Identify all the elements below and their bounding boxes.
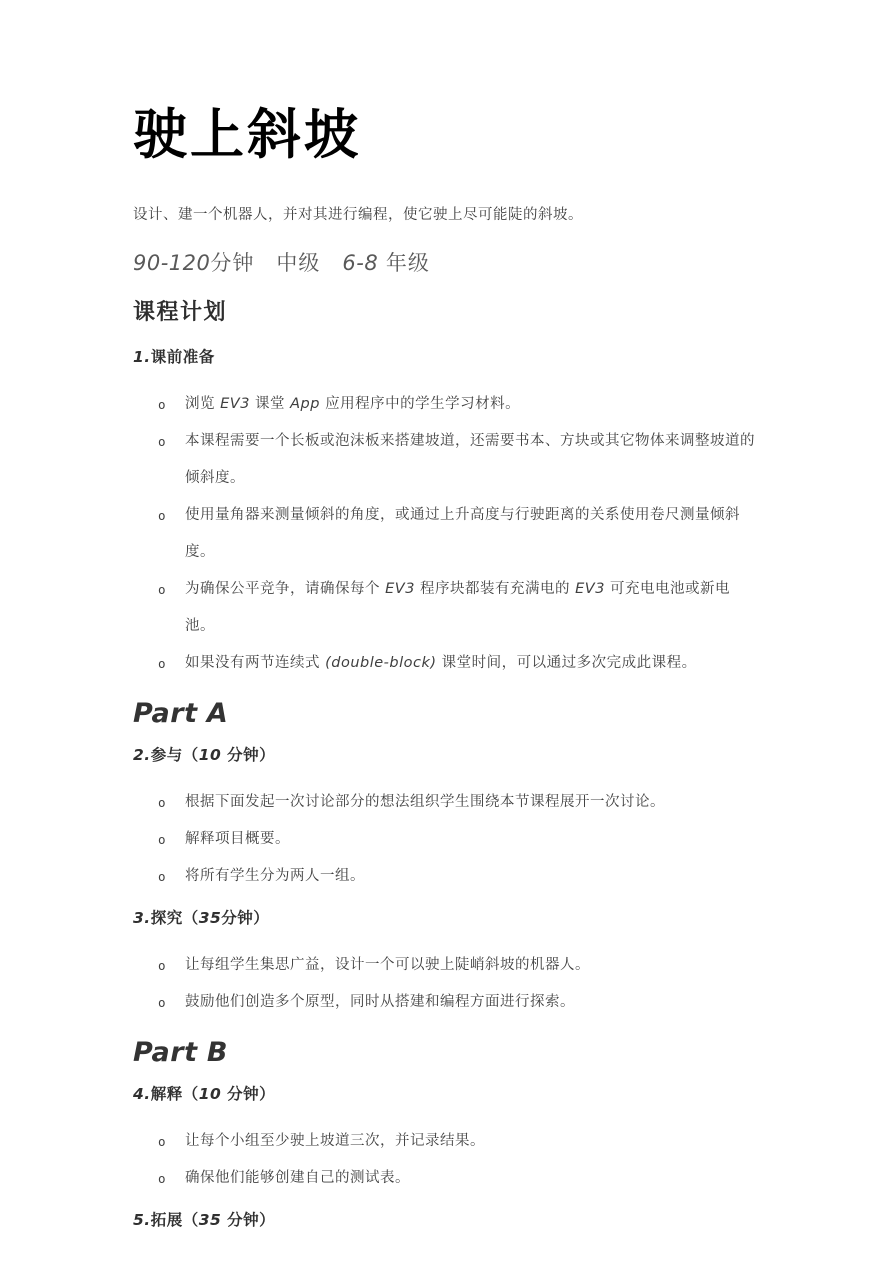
latin-text: 90-120 [133, 251, 210, 275]
section-heading: 5.拓展（35 分钟） [133, 1209, 759, 1231]
bullet-item: o浏览 EV3 课堂 App 应用程序中的学生学习材料。 [133, 386, 759, 423]
bullet-text: 为确保公平竞争，请确保每个 EV3 程序块都装有充满电的 EV3 可充电电池或新… [185, 581, 730, 634]
bullet-marker: o [158, 984, 166, 1021]
latin-text: 5. [133, 1211, 151, 1229]
bullet-marker: o [158, 423, 166, 460]
document-page: 驶上斜坡 设计、建一个机器人，并对其进行编程，使它驶上尽可能陡的斜坡。 90-1… [0, 0, 892, 1262]
bullet-item: o本课程需要一个长板或泡沫板来搭建坡道，还需要书本、方块或其它物体来调整坡道的倾… [133, 423, 759, 497]
latin-text: 35 [199, 909, 222, 927]
bullet-item: o让每组学生集思广益，设计一个可以驶上陡峭斜坡的机器人。 [133, 947, 759, 984]
bullet-item: o将所有学生分为两人一组。 [133, 858, 759, 895]
bullet-list: o根据下面发起一次讨论部分的想法组织学生围绕本节课程展开一次讨论。o解释项目概要… [133, 784, 759, 895]
bullet-list: o浏览 EV3 课堂 App 应用程序中的学生学习材料。o本课程需要一个长板或泡… [133, 386, 759, 682]
bullet-item: o解释项目概要。 [133, 821, 759, 858]
bullet-text: 让每组学生集思广益，设计一个可以驶上陡峭斜坡的机器人。 [185, 957, 590, 973]
sections-container: 1.课前准备o浏览 EV3 课堂 App 应用程序中的学生学习材料。o本课程需要… [133, 346, 759, 1231]
bullet-text: 让每个小组至少驶上坡道三次，并记录结果。 [185, 1133, 485, 1149]
bullet-marker: o [158, 784, 166, 821]
bullet-text: 鼓励他们创造多个原型，同时从搭建和编程方面进行探索。 [185, 994, 575, 1010]
bullet-text: 根据下面发起一次讨论部分的想法组织学生围绕本节课程展开一次讨论。 [185, 794, 665, 810]
bullet-item: o确保他们能够创建自己的测试表。 [133, 1160, 759, 1197]
bullet-item: o鼓励他们创造多个原型，同时从搭建和编程方面进行探索。 [133, 984, 759, 1021]
latin-text: 4. [133, 1085, 151, 1103]
bullet-item: o让每个小组至少驶上坡道三次，并记录结果。 [133, 1123, 759, 1160]
latin-text: App [290, 396, 320, 412]
section-heading: 1.课前准备 [133, 346, 759, 368]
bullet-marker: o [158, 858, 166, 895]
part-heading: Part B [133, 1035, 759, 1071]
bullet-text: 如果没有两节连续式 (double-block) 课堂时间，可以通过多次完成此课… [185, 655, 697, 671]
bullet-marker: o [158, 1123, 166, 1160]
latin-text: 3. [133, 909, 151, 927]
latin-text: (double-block) [325, 655, 436, 671]
bullet-marker: o [158, 821, 166, 858]
document-title: 驶上斜坡 [133, 96, 759, 172]
document-subtitle: 设计、建一个机器人，并对其进行编程，使它驶上尽可能陡的斜坡。 [133, 204, 759, 226]
bullet-text: 浏览 EV3 课堂 App 应用程序中的学生学习材料。 [185, 396, 520, 412]
bullet-item: o如果没有两节连续式 (double-block) 课堂时间，可以通过多次完成此… [133, 645, 759, 682]
bullet-marker: o [158, 645, 166, 682]
bullet-item: o为确保公平竞争，请确保每个 EV3 程序块都装有充满电的 EV3 可充电电池或… [133, 571, 759, 645]
bullet-marker: o [158, 571, 166, 608]
latin-text: Part [133, 698, 198, 729]
latin-text: 10 [199, 1085, 222, 1103]
bullet-marker: o [158, 1160, 166, 1197]
plan-heading: 课程计划 [133, 296, 759, 328]
latin-text: 10 [199, 746, 222, 764]
bullet-list: o让每组学生集思广益，设计一个可以驶上陡峭斜坡的机器人。o鼓励他们创造多个原型，… [133, 947, 759, 1021]
latin-text: 2. [133, 746, 151, 764]
bullet-marker: o [158, 386, 166, 423]
section-heading: 3.探究（35分钟） [133, 907, 759, 929]
latin-text: EV3 [575, 581, 605, 597]
bullet-item: o使用量角器来测量倾斜的角度，或通过上升高度与行驶距离的关系使用卷尺测量倾斜度。 [133, 497, 759, 571]
latin-text: EV3 [220, 396, 250, 412]
part-heading: Part A [133, 696, 759, 732]
bullet-item: o根据下面发起一次讨论部分的想法组织学生围绕本节课程展开一次讨论。 [133, 784, 759, 821]
section-heading: 4.解释（10 分钟） [133, 1083, 759, 1105]
bullet-text: 将所有学生分为两人一组。 [185, 868, 365, 884]
latin-text: Part [133, 1037, 198, 1068]
bullet-text: 使用量角器来测量倾斜的角度，或通过上升高度与行驶距离的关系使用卷尺测量倾斜度。 [185, 507, 740, 560]
meta-line: 90-120分钟 中级 6-8 年级 [133, 248, 759, 278]
bullet-text: 解释项目概要。 [185, 831, 290, 847]
latin-text: 35 [199, 1211, 222, 1229]
bullet-text: 本课程需要一个长板或泡沫板来搭建坡道，还需要书本、方块或其它物体来调整坡道的倾斜… [185, 433, 755, 486]
bullet-list: o让每个小组至少驶上坡道三次，并记录结果。o确保他们能够创建自己的测试表。 [133, 1123, 759, 1197]
latin-text: A [207, 698, 228, 729]
latin-text: 1. [133, 348, 151, 366]
bullet-marker: o [158, 497, 166, 534]
bullet-text: 确保他们能够创建自己的测试表。 [185, 1170, 410, 1186]
latin-text: B [207, 1037, 228, 1068]
latin-text: EV3 [385, 581, 415, 597]
bullet-marker: o [158, 947, 166, 984]
latin-text: 6-8 [342, 251, 378, 275]
section-heading: 2.参与（10 分钟） [133, 744, 759, 766]
